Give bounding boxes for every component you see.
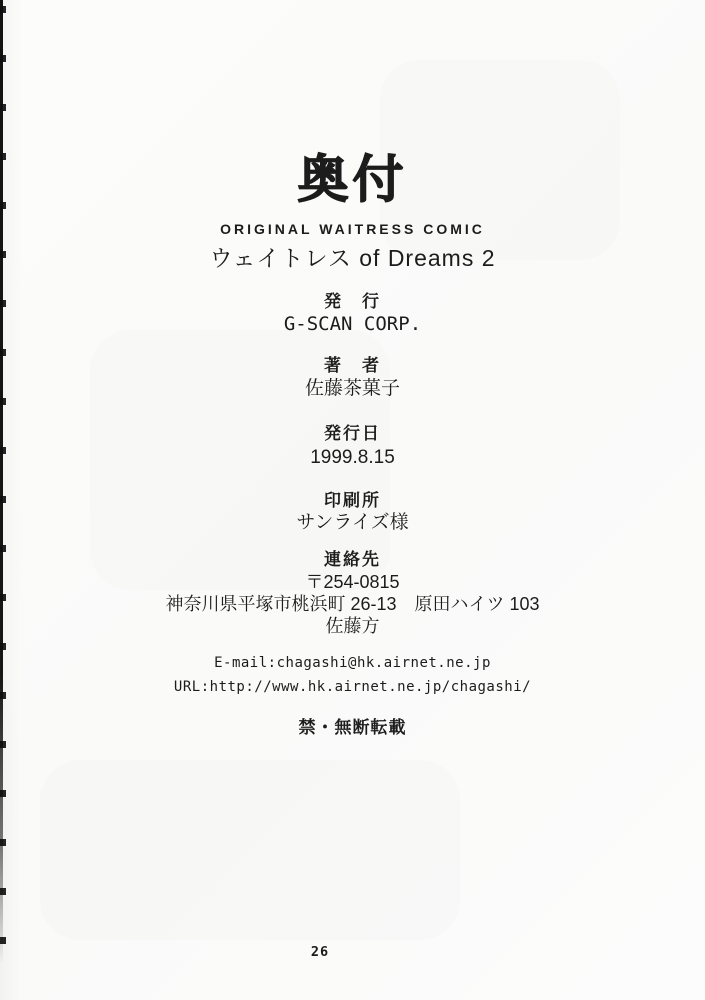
contact-postal-code: 〒254-0815	[0, 571, 705, 593]
publisher-label: 発 行	[0, 287, 705, 312]
page-number: 26	[300, 944, 340, 960]
section-publication-date: 発行日 1999.8.15	[0, 419, 705, 469]
section-author: 著 者 佐藤茶菓子	[0, 351, 705, 400]
scan-shade-patch	[40, 760, 460, 940]
series-label: ORIGINAL WAITRESS COMIC	[0, 221, 705, 237]
page-title: 奥付	[0, 138, 705, 212]
section-contact: 連絡先 〒254-0815 神奈川県平塚市桃浜町 26-13 原田ハイツ 103…	[0, 545, 705, 637]
publication-date-value: 1999.8.15	[0, 447, 705, 469]
book-title: ウェイトレス of Dreams 2	[0, 240, 705, 273]
contact-address: 神奈川県平塚市桃浜町 26-13 原田ハイツ 103	[0, 593, 705, 615]
url-line: URL:http://www.hk.airnet.ne.jp/chagashi/	[0, 679, 705, 695]
contact-care-of: 佐藤方	[0, 615, 705, 637]
scanned-colophon-page: 奥付 ORIGINAL WAITRESS COMIC ウェイトレス of Dre…	[0, 0, 705, 1000]
section-printer: 印刷所 サンライズ様	[0, 486, 705, 534]
printer-label: 印刷所	[0, 486, 705, 511]
author-value: 佐藤茶菓子	[0, 378, 705, 400]
publisher-value: G-SCAN CORP.	[0, 313, 705, 335]
publication-date-label: 発行日	[0, 419, 705, 444]
reproduction-prohibited-notice: 禁・無断転載	[0, 713, 705, 738]
email-line: E-mail:chagashi@hk.airnet.ne.jp	[0, 655, 705, 671]
contact-label: 連絡先	[0, 545, 705, 570]
section-publisher: 発 行 G-SCAN CORP.	[0, 287, 705, 335]
author-label: 著 者	[0, 351, 705, 376]
printer-value: サンライズ様	[0, 512, 705, 534]
